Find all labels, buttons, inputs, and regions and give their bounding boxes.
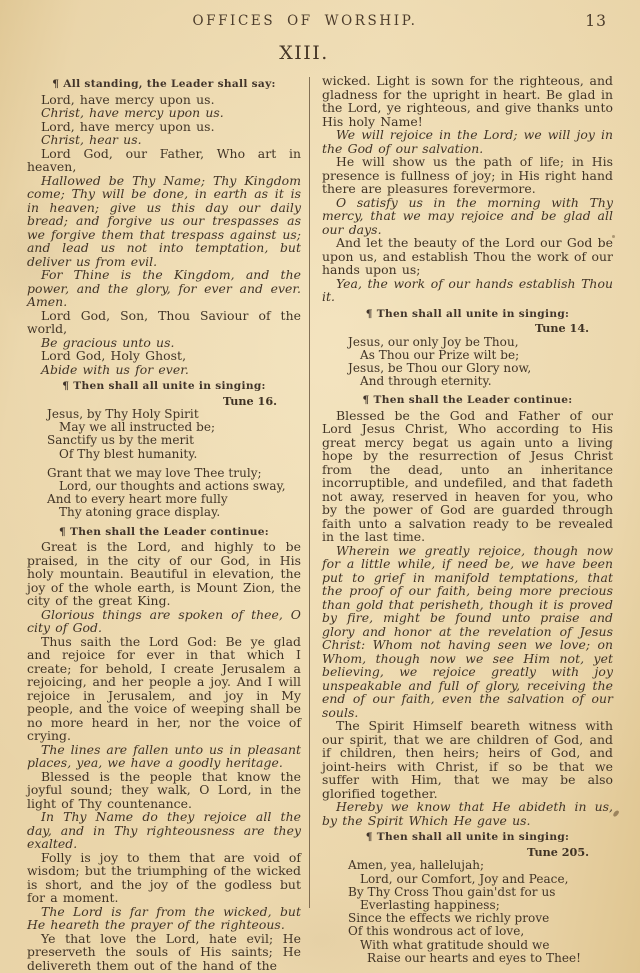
paragraph: And let the beauty of the Lord our God b… xyxy=(322,236,613,277)
paragraph: Thus saith the Lord God: Be ye glad and … xyxy=(27,635,301,743)
paragraph: Lord God, Son, Thou Saviour of the world… xyxy=(27,309,301,336)
ink-speck xyxy=(612,235,615,238)
paragraph: Blessed be the God and Father of our Lor… xyxy=(322,409,613,544)
hymn-line: Raise our hearts and eyes to Thee! xyxy=(348,952,613,965)
rubric-direction: ¶ Then shall all unite in singing: xyxy=(27,380,301,393)
hymn-line: Of this wondrous act of love, xyxy=(348,925,613,938)
paragraph: Lord, have mercy upon us. xyxy=(27,93,301,107)
paragraph: Lord God, Holy Ghost, xyxy=(27,349,301,363)
hymn-line: As Thou our Prize wilt be; xyxy=(348,349,613,362)
paragraph: The Spirit Himself beareth witness with … xyxy=(322,719,613,800)
paragraph: Hereby we know that He abideth in us, by… xyxy=(322,800,613,827)
paragraph: Ye that love the Lord, hate evil; He pre… xyxy=(27,932,301,973)
tune-label: Tune 205. xyxy=(322,846,613,859)
rubric-direction: ¶ Then shall the Leader continue: xyxy=(27,526,301,539)
paragraph: The Lord is far from the wicked, but He … xyxy=(27,905,301,932)
paragraph: Glorious things are spoken of thee, O ci… xyxy=(27,608,301,635)
paragraph: Folly is joy to them that are void of wi… xyxy=(27,851,301,905)
page-number: 13 xyxy=(585,12,607,30)
paragraph: wicked. Light is sown for the righteous,… xyxy=(322,74,613,128)
column-divider-rule xyxy=(309,77,310,908)
hymn-line: Sanctify us by the merit xyxy=(47,434,301,447)
paragraph: For Thine is the Kingdom, and the power,… xyxy=(27,268,301,309)
hymn-line: With what gratitude should we xyxy=(348,939,613,952)
right-column: wicked. Light is sown for the righteous,… xyxy=(322,74,613,971)
hymn-verse: Grant that we may love Thee truly;Lord, … xyxy=(27,467,301,520)
paragraph: O satisfy us in the morning with Thy mer… xyxy=(322,196,613,237)
tune-label: Tune 16. xyxy=(27,395,301,408)
hymn-line: And through eternity. xyxy=(348,375,613,388)
hymn-verse: Jesus, by Thy Holy SpiritMay we all inst… xyxy=(27,408,301,461)
paragraph: In Thy Name do they rejoice all the day,… xyxy=(27,810,301,851)
rubric-direction: ¶ Then shall the Leader continue: xyxy=(322,394,613,407)
hymn-line: By Thy Cross Thou gain'dst for us xyxy=(348,886,613,899)
paragraph: We will rejoice in the Lord; we will joy… xyxy=(322,128,613,155)
hymn-line: Jesus, our only Joy be Thou, xyxy=(348,336,613,349)
rubric-direction: ¶ Then shall all unite in singing: xyxy=(322,831,613,844)
paragraph: Wherein we greatly rejoice, though now f… xyxy=(322,544,613,720)
rubric-direction: ¶ Then shall all unite in singing: xyxy=(322,308,613,321)
paragraph: Abide with us for ever. xyxy=(27,363,301,377)
hymn-line: Of Thy blest humanity. xyxy=(47,448,301,461)
paragraph: He will show us the path of life; in His… xyxy=(322,155,613,196)
paragraph: The lines are fallen unto us in pleasant… xyxy=(27,743,301,770)
section-heading: XIII. xyxy=(279,42,329,64)
paragraph: Christ, have mercy upon us. xyxy=(27,106,301,120)
rubric-direction: ¶ All standing, the Leader shall say: xyxy=(27,78,301,91)
tune-label: Tune 14. xyxy=(322,322,613,335)
paragraph: Hallowed be Thy Name; Thy Kingdom come; … xyxy=(27,174,301,269)
paragraph: Yea, the work of our hands establish Tho… xyxy=(322,277,613,304)
paragraph: Lord, have mercy upon us. xyxy=(27,120,301,134)
paragraph: Be gracious unto us. xyxy=(27,336,301,350)
left-column: ¶ All standing, the Leader shall say:Lor… xyxy=(27,74,301,972)
paragraph: Christ, hear us. xyxy=(27,133,301,147)
paragraph: Lord God, our Father, Who art in heaven, xyxy=(27,147,301,174)
hymn-verse: Amen, yea, hallelujah;Lord, our Comfort,… xyxy=(322,859,613,965)
running-head-title: OFFICES OF WORSHIP. xyxy=(192,13,417,29)
ink-speck xyxy=(52,950,55,953)
paragraph: Great is the Lord, and highly to be prai… xyxy=(27,540,301,608)
paragraph: Blessed is the people that know the joyf… xyxy=(27,770,301,811)
hymn-line: Thy atoning grace display. xyxy=(47,506,301,519)
hymn-line: Lord, our Comfort, Joy and Peace, xyxy=(348,873,613,886)
running-head: OFFICES OF WORSHIP. 13 xyxy=(0,13,640,33)
book-page: OFFICES OF WORSHIP. 13 XIII. ¶ All stand… xyxy=(0,0,640,973)
hymn-line: Amen, yea, hallelujah; xyxy=(348,859,613,872)
ink-speck xyxy=(612,810,619,818)
hymn-verse: Jesus, our only Joy be Thou,As Thou our … xyxy=(322,336,613,389)
